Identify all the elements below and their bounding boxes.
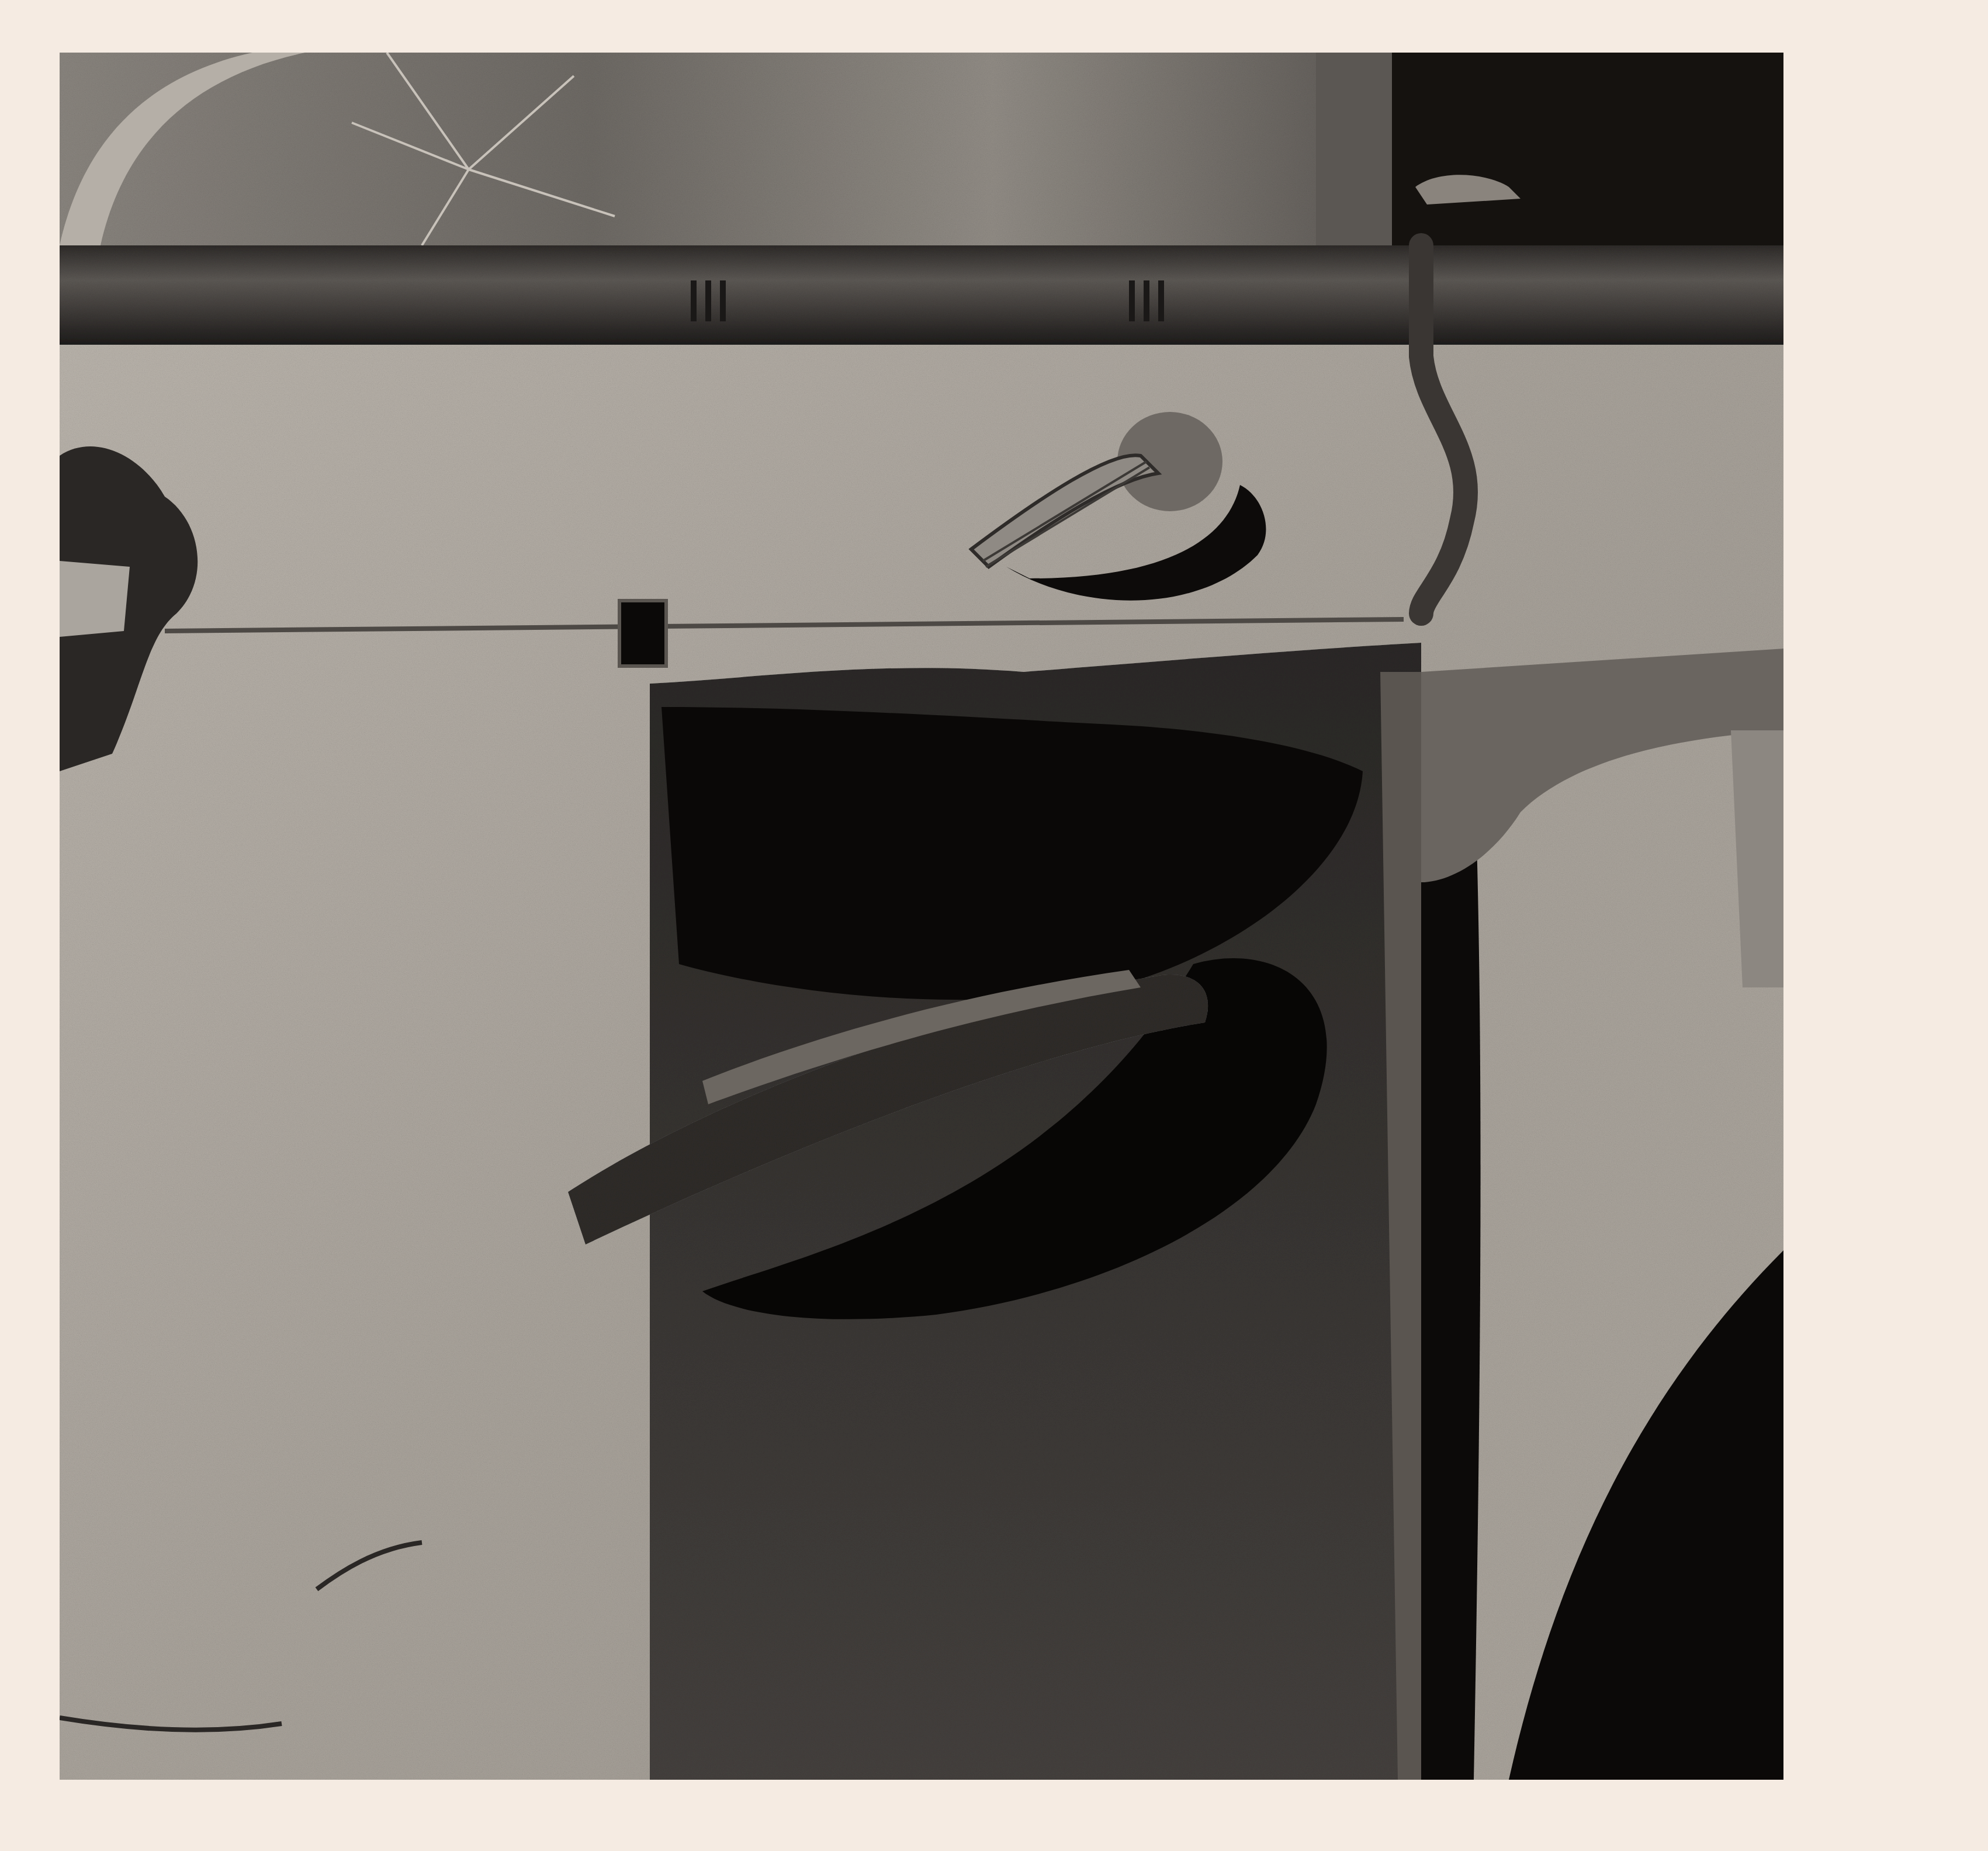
right-shadow xyxy=(1421,754,1481,1780)
photograph-print xyxy=(60,53,1783,1780)
window-glass xyxy=(60,53,1783,245)
photo-scene xyxy=(60,53,1783,1780)
slot xyxy=(619,601,666,666)
molding-strip xyxy=(60,245,1783,345)
